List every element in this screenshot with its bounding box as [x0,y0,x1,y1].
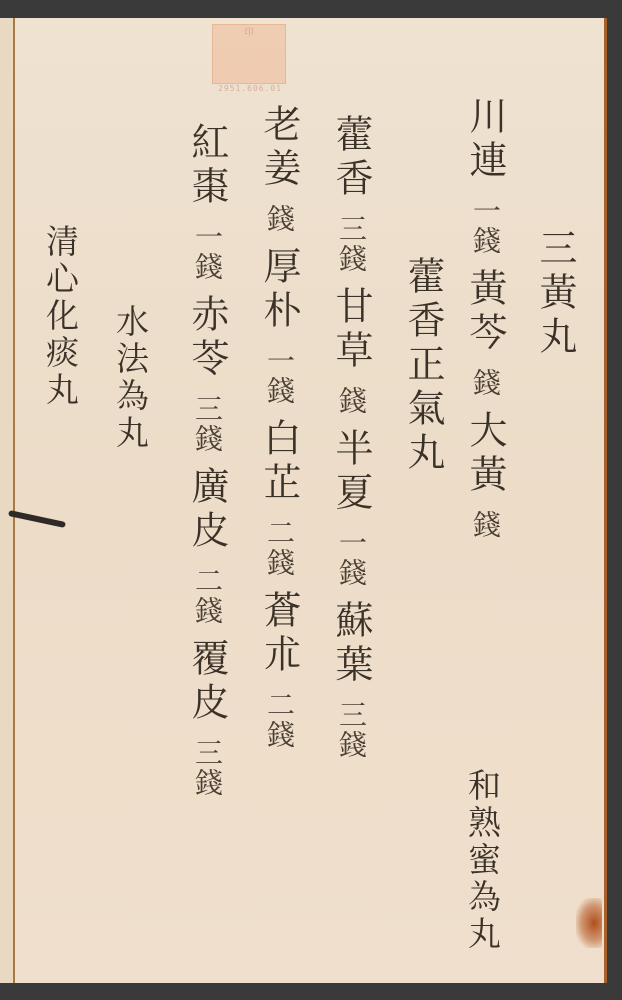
ingredient-name: 厚朴 [257,246,301,334]
dose-mark: 一錢 [335,528,368,588]
ingredient-name: 老姜 [257,104,301,192]
ingredient-name: 覆皮 [185,638,229,726]
dose-mark: 二錢 [263,518,296,578]
dose-mark: 二錢 [191,566,224,626]
recipe-title-sanhuang: 三黃丸 [536,228,574,360]
page-fold-left [0,18,15,983]
dose-mark: 錢 [469,368,502,398]
dose-mark: 錢 [335,386,368,416]
ingredient-name: 蘇葉 [329,600,373,688]
edge-stain [576,898,602,948]
seal-caption: 2951.606.01 [210,84,290,93]
dose-mark: 三錢 [191,394,224,454]
library-seal: 印 [212,24,286,84]
manuscript-page: 印 2951.606.01 三黃丸 川連一錢黃芩錢大黃錢 和熟蜜為丸 藿香正氣丸… [0,18,607,983]
ingredient-name: 川連 [463,96,507,184]
ingredient-name: 紅棗 [185,122,229,210]
recipe-ingredients-huoxiang-2: 老姜錢厚朴一錢白芷二錢蒼朮二錢 [260,104,298,762]
ingredient-name: 大黃 [463,410,507,498]
dose-mark: 三錢 [335,214,368,274]
ingredient-name: 白芷 [257,418,301,506]
recipe-title-huoxiang: 藿香正氣丸 [404,256,442,476]
recipe-title-qingxin: 清心化痰丸 [44,224,77,409]
recipe-ingredients-huoxiang-3: 紅棗一錢赤苓三錢廣皮二錢覆皮三錢 [188,122,226,810]
ingredient-name: 蒼朮 [257,590,301,678]
ingredient-name: 廣皮 [185,466,229,554]
recipe-ingredients-huoxiang-1: 藿香三錢甘草錢半夏一錢蘇葉三錢 [332,114,370,772]
ingredient-name: 赤苓 [185,294,229,382]
dose-mark: 一錢 [263,346,296,406]
dose-mark: 錢 [263,204,296,234]
dose-mark: 三錢 [191,738,224,798]
dose-mark: 三錢 [335,700,368,760]
recipe-ingredients-sanhuang: 川連一錢黃芩錢大黃錢 [466,96,504,552]
ingredient-name: 半夏 [329,428,373,516]
seal-glyph: 印 [244,28,253,38]
dose-mark: 錢 [469,510,502,540]
ingredient-name: 甘草 [329,286,373,374]
next-line-stroke [8,510,66,528]
dose-mark: 一錢 [469,196,502,256]
ingredient-name: 藿香 [329,114,373,202]
dose-mark: 二錢 [263,690,296,750]
recipe-method-huoxiang: 水法為丸 [114,304,147,452]
ingredient-name: 黃芩 [463,268,507,356]
dose-mark: 一錢 [191,222,224,282]
recipe-note-sanhuang: 和熟蜜為丸 [466,768,499,953]
